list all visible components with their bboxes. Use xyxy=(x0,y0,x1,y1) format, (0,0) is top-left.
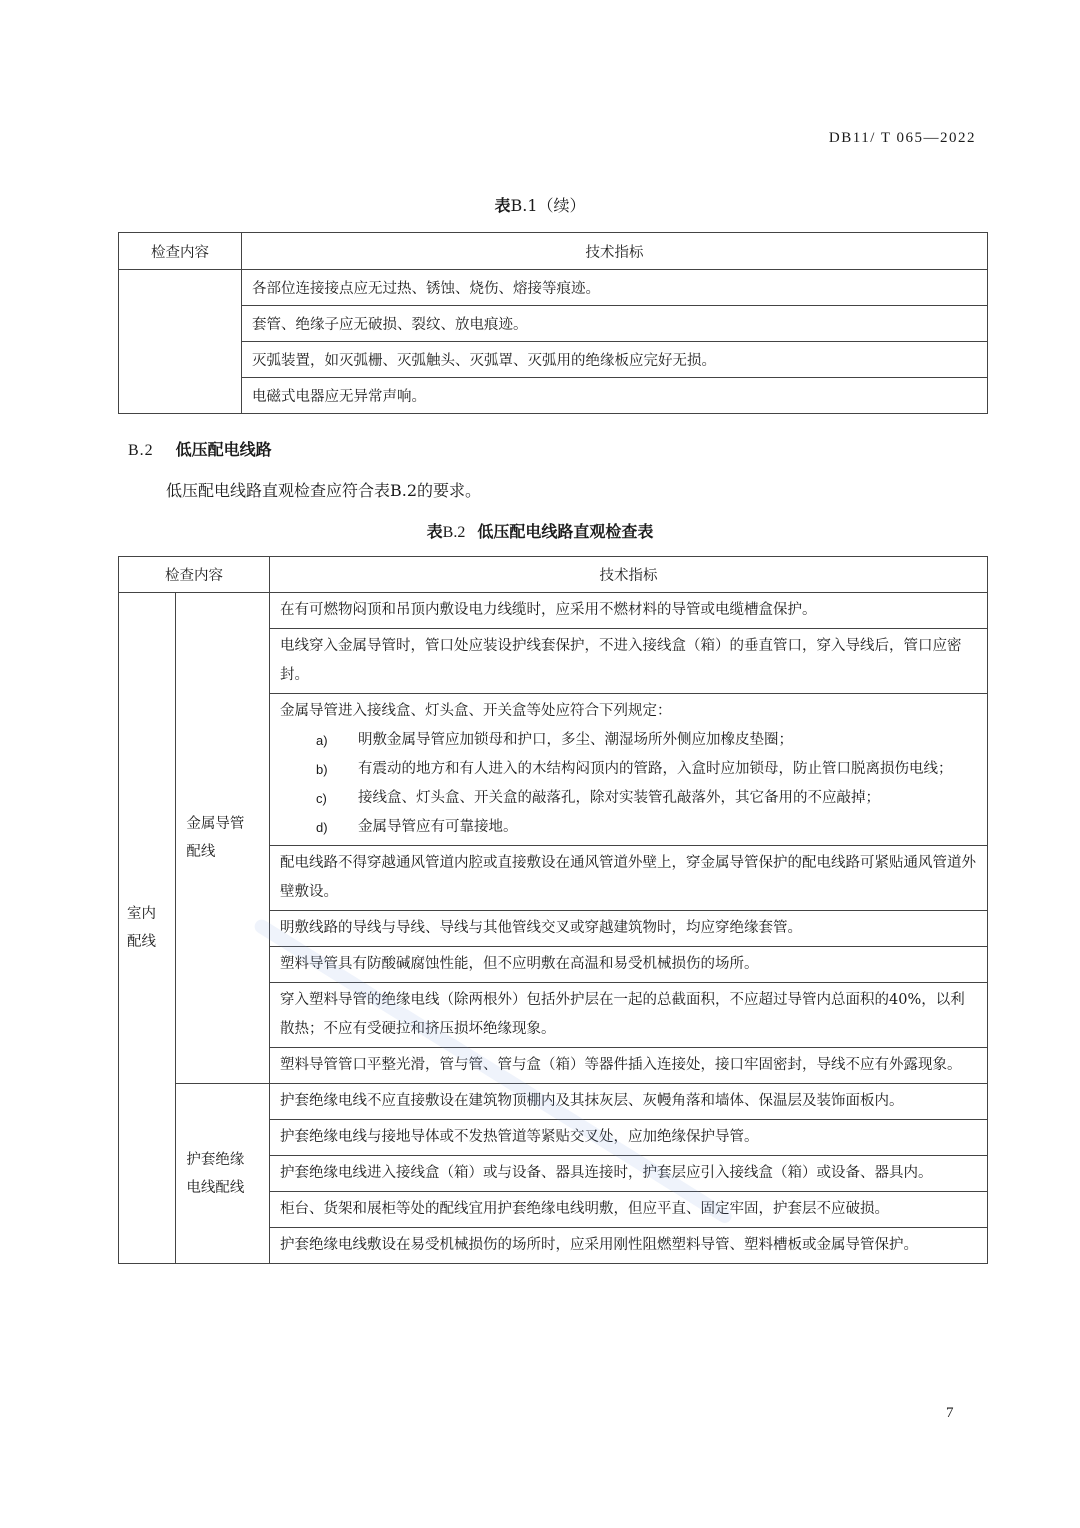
table-b1-title: 表B.1（续） xyxy=(0,193,1080,216)
section-title: 低压配电线路 xyxy=(176,440,272,459)
table-b2-title: 表B.2低压配电线路直观检查表 xyxy=(0,519,1080,542)
table-b2-title-prefix: 表 xyxy=(427,522,443,541)
table-cell: 灭弧装置，如灭弧栅、灭弧触头、灭弧罩、灭弧用的绝缘板应完好无损。 xyxy=(242,342,988,378)
table-cell: 穿入塑料导管的绝缘电线（除两根外）包括外护层在一起的总截面积，不应超过导管内总面… xyxy=(270,983,988,1048)
table-row: 电磁式电器应无异常声响。 xyxy=(119,378,988,414)
list-item-text: 金属导管应有可靠接地。 xyxy=(358,813,977,842)
list-item-text: 接线盒、灯头盒、开关盒的敲落孔，除对实装管孔敲落外，其它备用的不应敲掉； xyxy=(358,784,977,813)
table-cell: 电磁式电器应无异常声响。 xyxy=(242,378,988,414)
table-cell: 配电线路不得穿越通风管道内腔或直接敷设在通风管道外壁上，穿金属导管保护的配电线路… xyxy=(270,846,988,911)
list-item: a)明敷金属导管应加锁母和护口，多尘、潮湿场所外侧应加橡皮垫圈； xyxy=(280,726,977,755)
table-b1: 检查内容 技术指标 各部位连接接点应无过热、锈蚀、烧伤、熔接等痕迹。 套管、绝缘… xyxy=(118,232,988,414)
table-b1-title-suffix: B.1（续） xyxy=(510,196,585,215)
list-item: c)接线盒、灯头盒、开关盒的敲落孔，除对实装管孔敲落外，其它备用的不应敲掉； xyxy=(280,784,977,813)
category-l2-cell: 金属导管 配线 xyxy=(176,593,270,1084)
table-cell: 护套绝缘电线进入接线盒（箱）或与设备、器具连接时，护套层应引入接线盒（箱）或设备… xyxy=(270,1156,988,1192)
table-cell: 护套绝缘电线不应直接敷设在建筑物顶棚内及其抹灰层、灰幔角落和墙体、保温层及装饰面… xyxy=(270,1084,988,1120)
category-l1-cell: 室内 配线 xyxy=(119,593,176,1264)
table-cell: 明敷线路的导线与导线、导线与其他管线交叉或穿越建筑物时，均应穿绝缘套管。 xyxy=(270,911,988,947)
table-row: 室内 配线 金属导管 配线 在有可燃物闷顶和吊顶内敷设电力线缆时，应采用不燃材料… xyxy=(119,593,988,629)
list-intro: 金属导管进入接线盒、灯头盒、开关盒等处应符合下列规定： xyxy=(280,697,977,726)
table-b1-header-content: 检查内容 xyxy=(119,233,242,270)
table-cell: 塑料导管管口平整光滑，管与管、管与盒（箱）等器件插入连接处，接口牢固密封，导线不… xyxy=(270,1048,988,1084)
table-row: 各部位连接接点应无过热、锈蚀、烧伤、熔接等痕迹。 xyxy=(119,270,988,306)
table-cell: 在有可燃物闷顶和吊顶内敷设电力线缆时，应采用不燃材料的导管或电缆槽盒保护。 xyxy=(270,593,988,629)
table-cell: 塑料导管具有防酸碱腐蚀性能，但不应明敷在高温和易受机械损伤的场所。 xyxy=(270,947,988,983)
table-cell: 电线穿入金属导管时，管口处应装设护线套保护，不进入接线盒（箱）的垂直管口，穿入导… xyxy=(270,629,988,694)
table-row: 灭弧装置，如灭弧栅、灭弧触头、灭弧罩、灭弧用的绝缘板应完好无损。 xyxy=(119,342,988,378)
list-item-label: d) xyxy=(316,813,358,842)
table-cell: 各部位连接接点应无过热、锈蚀、烧伤、熔接等痕迹。 xyxy=(242,270,988,306)
list-item-label: b) xyxy=(316,755,358,784)
list-item-text: 有震动的地方和有人进入的木结构闷顶内的管路，入盒时应加锁母，防止管口脱离损伤电线… xyxy=(358,755,977,784)
document-code: DB11/ T 065—2022 xyxy=(829,130,976,147)
table-b1-header-spec: 技术指标 xyxy=(242,233,988,270)
table-b2-title-number: B.2 xyxy=(443,524,466,541)
table-b2: 检查内容 技术指标 室内 配线 金属导管 配线 在有可燃物闷顶和吊顶内敷设电力线… xyxy=(118,556,988,1264)
category-l2-cell: 护套绝缘 电线配线 xyxy=(176,1084,270,1264)
section-heading: B.2低压配电线路 xyxy=(128,437,272,460)
category-l2-label: 金属导管 配线 xyxy=(186,810,269,866)
table-b1-title-prefix: 表 xyxy=(494,196,510,215)
list-item-text: 明敷金属导管应加锁母和护口，多尘、潮湿场所外侧应加橡皮垫圈； xyxy=(358,726,977,755)
list-item-label: a) xyxy=(316,726,358,755)
table-cell: 护套绝缘电线与接地导体或不发热管道等紧贴交叉处，应加绝缘保护导管。 xyxy=(270,1120,988,1156)
table-b2-header-spec: 技术指标 xyxy=(270,557,988,593)
list-item: d)金属导管应有可靠接地。 xyxy=(280,813,977,842)
category-l2-label: 护套绝缘 电线配线 xyxy=(186,1146,269,1202)
table-cell: 护套绝缘电线敷设在易受机械损伤的场所时，应采用刚性阻燃塑料导管、塑料槽板或金属导… xyxy=(270,1228,988,1264)
table-row: 护套绝缘 电线配线 护套绝缘电线不应直接敷设在建筑物顶棚内及其抹灰层、灰幔角落和… xyxy=(119,1084,988,1120)
table-row: 套管、绝缘子应无破损、裂纹、放电痕迹。 xyxy=(119,306,988,342)
section-paragraph: 低压配电线路直观检查应符合表B.2的要求。 xyxy=(166,478,481,501)
section-number: B.2 xyxy=(128,442,154,459)
table-b1-category-cell xyxy=(119,270,242,414)
list-item-label: c) xyxy=(316,784,358,813)
table-b2-header-content: 检查内容 xyxy=(119,557,270,593)
category-l1-label: 室内 配线 xyxy=(127,900,175,956)
table-b2-title-text: 低压配电线路直观检查表 xyxy=(477,522,653,541)
table-cell: 金属导管进入接线盒、灯头盒、开关盒等处应符合下列规定： a)明敷金属导管应加锁母… xyxy=(270,694,988,846)
table-cell: 套管、绝缘子应无破损、裂纹、放电痕迹。 xyxy=(242,306,988,342)
table-cell: 柜台、货架和展柜等处的配线宜用护套绝缘电线明敷，但应平直、固定牢固，护套层不应破… xyxy=(270,1192,988,1228)
page-number: 7 xyxy=(946,1405,954,1422)
list-item: b)有震动的地方和有人进入的木结构闷顶内的管路，入盒时应加锁母，防止管口脱离损伤… xyxy=(280,755,977,784)
